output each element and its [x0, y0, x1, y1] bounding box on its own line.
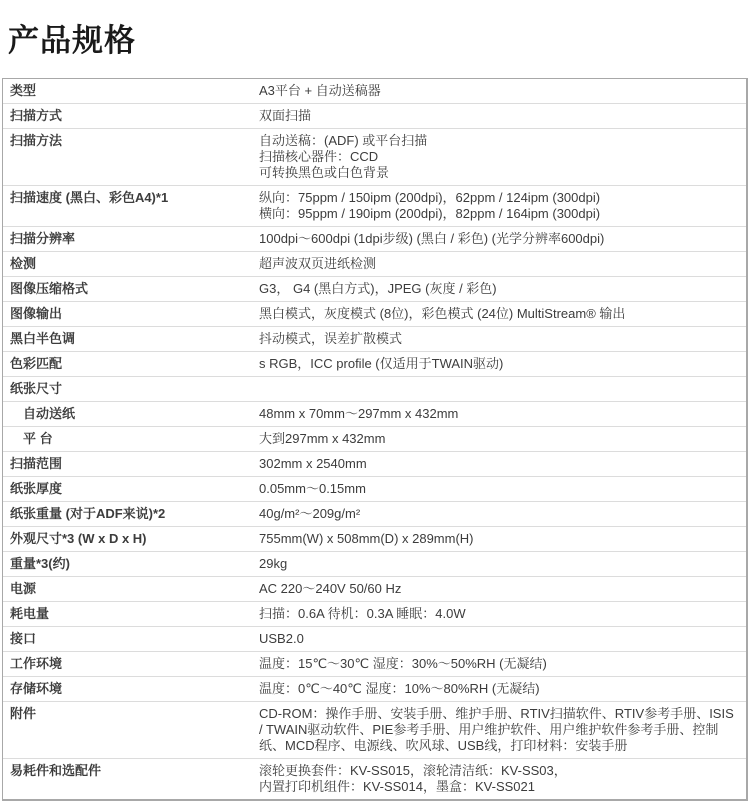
spec-value: 纵向：75ppm / 150ipm (200dpi)，62ppm / 124ip… [255, 186, 746, 226]
spec-value: 双面扫描 [255, 104, 746, 128]
spec-value: 温度：15℃～30℃ 湿度：30%～50%RH (无凝结) [255, 652, 746, 676]
spec-value: s RGB，ICC profile (仅适用于TWAIN驱动) [255, 352, 746, 376]
spec-row-scan-range: 扫描范围 302mm x 2540mm [3, 451, 746, 476]
spec-value: G3， G4 (黑白方式)，JPEG (灰度 / 彩色) [255, 277, 746, 301]
spec-value: 超声波双页进纸检测 [255, 252, 746, 276]
spec-label: 纸张尺寸 [3, 377, 255, 401]
spec-row-scan-method: 扫描方法 自动送稿：(ADF) 或平台扫描 扫描核心器件：CCD 可转换黑色或白… [3, 128, 746, 185]
spec-label: 自动送纸 [3, 402, 255, 426]
spec-value: 755mm(W) x 508mm(D) x 289mm(H) [255, 527, 746, 551]
spec-value [255, 377, 746, 401]
spec-label: 重量*3(约) [3, 552, 255, 576]
spec-label: 易耗件和选配件 [3, 759, 255, 799]
spec-row-power-supply: 电源 AC 220～240V 50/60 Hz [3, 576, 746, 601]
spec-row-paper-size: 纸张尺寸 [3, 376, 746, 401]
spec-label: 黑白半色调 [3, 327, 255, 351]
spec-row-adf-size: 自动送纸 48mm x 70mm～297mm x 432mm [3, 401, 746, 426]
spec-label: 存储环境 [3, 677, 255, 701]
spec-row-scan-mode: 扫描方式 双面扫描 [3, 103, 746, 128]
spec-row-accessories: 附件 CD-ROM：操作手册、安装手册、维护手册、RTIV扫描软件、RTIV参考… [3, 701, 746, 758]
spec-label: 扫描方法 [3, 129, 255, 185]
spec-label: 扫描分辨率 [3, 227, 255, 251]
spec-row-paper-weight: 纸张重量 (对于ADF来说)*2 40g/m²～209g/m² [3, 501, 746, 526]
spec-value: 0.05mm～0.15mm [255, 477, 746, 501]
spec-label: 检测 [3, 252, 255, 276]
spec-value: 黑白模式，灰度模式 (8位)，彩色模式 (24位) MultiStream® 输… [255, 302, 746, 326]
spec-row-halftone: 黑白半色调 抖动模式，误差扩散模式 [3, 326, 746, 351]
spec-row-detection: 检测 超声波双页进纸检测 [3, 251, 746, 276]
spec-value: 抖动模式，误差扩散模式 [255, 327, 746, 351]
spec-value: 40g/m²～209g/m² [255, 502, 746, 526]
spec-label: 耗电量 [3, 602, 255, 626]
spec-label: 类型 [3, 79, 255, 103]
spec-value: 温度：0℃～40℃ 湿度：10%～80%RH (无凝结) [255, 677, 746, 701]
spec-row-color-matching: 色彩匹配 s RGB，ICC profile (仅适用于TWAIN驱动) [3, 351, 746, 376]
spec-label: 纸张重量 (对于ADF来说)*2 [3, 502, 255, 526]
spec-value: 48mm x 70mm～297mm x 432mm [255, 402, 746, 426]
spec-row-storage-env: 存储环境 温度：0℃～40℃ 湿度：10%～80%RH (无凝结) [3, 676, 746, 701]
spec-row-consumables: 易耗件和选配件 滚轮更换套件：KV-SS015，滚轮清洁纸：KV-SS03， 内… [3, 758, 746, 799]
spec-label: 扫描范围 [3, 452, 255, 476]
spec-label: 纸张厚度 [3, 477, 255, 501]
spec-label: 图像压缩格式 [3, 277, 255, 301]
spec-row-type: 类型 A3平台 + 自动送稿器 [3, 79, 746, 103]
spec-value: USB2.0 [255, 627, 746, 651]
page-title: 产品规格 [8, 24, 750, 58]
spec-value: 扫描：0.6A 待机：0.3A 睡眠：4.0W [255, 602, 746, 626]
spec-row-flatbed-size: 平 台 大到297mm x 432mm [3, 426, 746, 451]
product-spec-page: 产品规格 类型 A3平台 + 自动送稿器 扫描方式 双面扫描 扫描方法 自动送稿… [0, 0, 750, 812]
spec-label: 接口 [3, 627, 255, 651]
spec-table: 类型 A3平台 + 自动送稿器 扫描方式 双面扫描 扫描方法 自动送稿：(ADF… [2, 78, 748, 801]
spec-label: 工作环境 [3, 652, 255, 676]
spec-row-scan-speed: 扫描速度 (黑白、彩色A4)*1 纵向：75ppm / 150ipm (200d… [3, 185, 746, 226]
spec-row-interface: 接口 USB2.0 [3, 626, 746, 651]
spec-row-dimensions: 外观尺寸*3 (W x D x H) 755mm(W) x 508mm(D) x… [3, 526, 746, 551]
spec-label: 扫描方式 [3, 104, 255, 128]
spec-value: 302mm x 2540mm [255, 452, 746, 476]
spec-label: 平 台 [3, 427, 255, 451]
spec-label: 附件 [3, 702, 255, 758]
spec-row-power-consumption: 耗电量 扫描：0.6A 待机：0.3A 睡眠：4.0W [3, 601, 746, 626]
spec-label: 电源 [3, 577, 255, 601]
spec-value: 100dpi～600dpi (1dpi步级) (黑白 / 彩色) (光学分辨率6… [255, 227, 746, 251]
spec-row-compression: 图像压缩格式 G3， G4 (黑白方式)，JPEG (灰度 / 彩色) [3, 276, 746, 301]
spec-value: 自动送稿：(ADF) 或平台扫描 扫描核心器件：CCD 可转换黑色或白色背景 [255, 129, 746, 185]
spec-row-weight: 重量*3(约) 29kg [3, 551, 746, 576]
spec-value: 大到297mm x 432mm [255, 427, 746, 451]
spec-row-operating-env: 工作环境 温度：15℃～30℃ 湿度：30%～50%RH (无凝结) [3, 651, 746, 676]
spec-value: AC 220～240V 50/60 Hz [255, 577, 746, 601]
spec-label: 外观尺寸*3 (W x D x H) [3, 527, 255, 551]
spec-label: 色彩匹配 [3, 352, 255, 376]
spec-value: 滚轮更换套件：KV-SS015，滚轮清洁纸：KV-SS03， 内置打印机组件：K… [255, 759, 746, 799]
spec-value: 29kg [255, 552, 746, 576]
spec-row-paper-thickness: 纸张厚度 0.05mm～0.15mm [3, 476, 746, 501]
spec-label: 扫描速度 (黑白、彩色A4)*1 [3, 186, 255, 226]
spec-value: A3平台 + 自动送稿器 [255, 79, 746, 103]
spec-value: CD-ROM：操作手册、安装手册、维护手册、RTIV扫描软件、RTIV参考手册、… [255, 702, 746, 758]
spec-row-image-output: 图像输出 黑白模式，灰度模式 (8位)，彩色模式 (24位) MultiStre… [3, 301, 746, 326]
spec-row-resolution: 扫描分辨率 100dpi～600dpi (1dpi步级) (黑白 / 彩色) (… [3, 226, 746, 251]
spec-label: 图像输出 [3, 302, 255, 326]
